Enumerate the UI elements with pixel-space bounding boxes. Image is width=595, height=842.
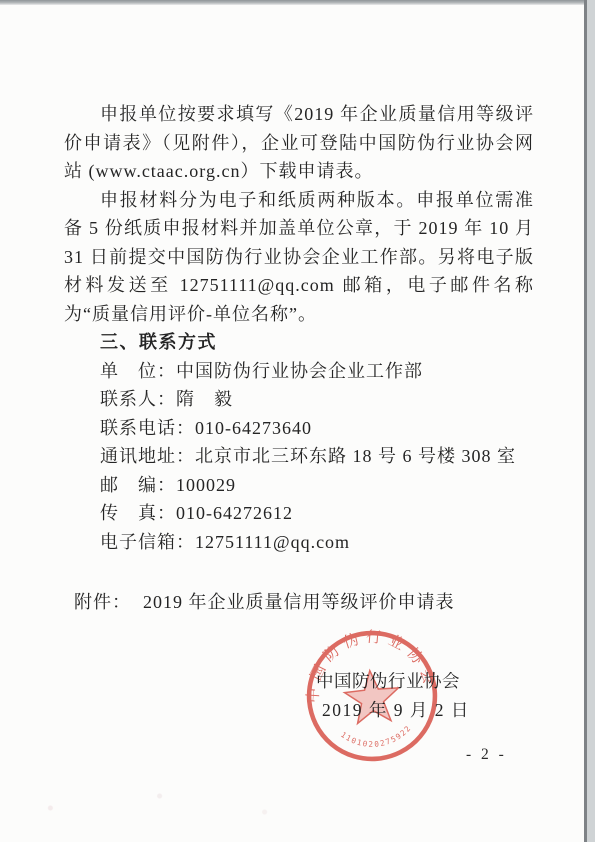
contact-row-zipcode: 邮 编：100029 [100, 471, 534, 500]
contact-row-email: 电子信箱：12751111@qq.com [100, 528, 534, 557]
contact-row-unit: 单 位：中国防伪行业协会企业工作部 [100, 357, 534, 386]
contact-label: 通讯地址： [100, 446, 195, 466]
contact-label: 电子信箱： [100, 532, 195, 552]
document-body: 申报单位按要求填写《2019 年企业质量信用等级评价申请表》（见附件），企业可登… [64, 100, 534, 556]
section-heading-contact: 三、联系方式 [64, 328, 534, 357]
official-seal-stamp: 中国防伪行业协会 1101020275922 [298, 622, 445, 769]
contact-label: 单 位： [100, 361, 176, 381]
contact-label: 联系人： [100, 389, 176, 409]
contact-list: 单 位：中国防伪行业协会企业工作部 联系人：隋 毅 联系电话：010-64273… [64, 357, 534, 557]
signature-organization: 中国防伪行业协会 [316, 668, 460, 693]
contact-value: 北京市北三环东路 18 号 6 号楼 308 室 [195, 446, 516, 466]
contact-row-phone: 联系电话：010-64273640 [100, 414, 534, 443]
paragraph-materials: 申报材料分为电子和纸质两种版本。申报单位需准备 5 份纸质申报材料并加盖单位公章… [64, 186, 534, 329]
svg-text:1101020275922: 1101020275922 [338, 723, 414, 752]
contact-value: 中国防伪行业协会企业工作部 [176, 361, 423, 381]
contact-label: 联系电话： [100, 418, 195, 438]
contact-row-person: 联系人：隋 毅 [100, 385, 534, 414]
page-number: - 2 - [466, 746, 507, 764]
contact-label: 传 真： [100, 503, 176, 523]
signature-date: 2019 年 9 月 2 日 [322, 697, 470, 722]
contact-value: 隋 毅 [176, 389, 233, 409]
attachment-label: 附件： [74, 592, 131, 612]
scan-edge-right-shade [587, 0, 595, 842]
contact-value: 100029 [176, 475, 236, 495]
contact-value: 010-64272612 [176, 503, 293, 523]
attachment-line: 附件：2019 年企业质量信用等级评价申请表 [74, 588, 455, 614]
paragraph-application-form: 申报单位按要求填写《2019 年企业质量信用等级评价申请表》（见附件），企业可登… [64, 100, 534, 186]
contact-row-address: 通讯地址：北京市北三环东路 18 号 6 号楼 308 室 [100, 442, 534, 471]
attachment-title: 2019 年企业质量信用等级评价申请表 [143, 592, 455, 612]
seal-serial-number: 1101020275922 [338, 723, 414, 752]
contact-value: 12751111@qq.com [195, 532, 350, 552]
contact-value: 010-64273640 [195, 418, 312, 438]
scan-noise [0, 784, 420, 824]
scan-edge-top [0, 0, 595, 5]
scan-edge-right-line [584, 0, 587, 842]
contact-row-fax: 传 真：010-64272612 [100, 499, 534, 528]
contact-label: 邮 编： [100, 475, 176, 495]
